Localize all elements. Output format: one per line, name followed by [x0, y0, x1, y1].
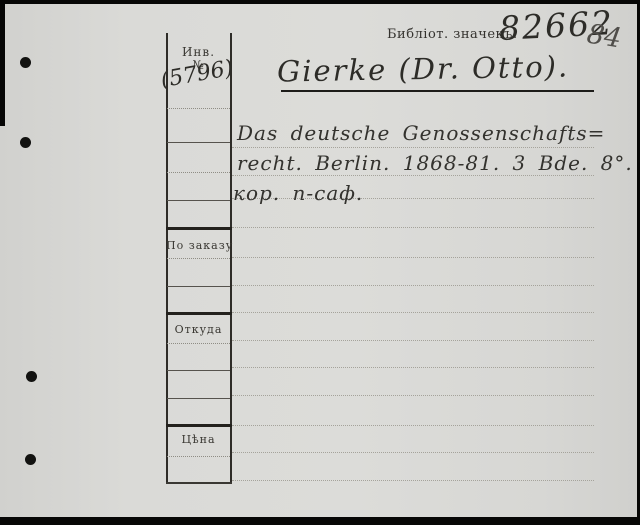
ruled-line	[232, 480, 594, 481]
ruled-line	[232, 340, 594, 341]
ruled-line	[167, 142, 230, 143]
section-label-po-zakazu: По заказу	[166, 239, 231, 252]
punch-hole-dot	[20, 137, 31, 148]
ruled-line	[232, 285, 594, 286]
ruled-line	[232, 312, 594, 313]
ruled-line	[232, 175, 594, 176]
author-entry: Gierke (Dr. Otto).	[277, 49, 570, 88]
ruled-line	[232, 147, 594, 148]
ruled-line	[232, 425, 594, 426]
ruled-line	[166, 424, 232, 427]
ruled-line	[232, 227, 594, 228]
author-underline	[281, 90, 594, 92]
ruled-line	[167, 398, 230, 399]
ruled-line	[167, 172, 230, 173]
ruled-line	[167, 456, 230, 457]
scanned-catalog-card: Библіот. значекъ: 82662 84 Инв. № По зак…	[0, 0, 640, 525]
corner-number-pencil: 84	[585, 19, 624, 55]
ruled-line	[167, 200, 230, 201]
ruled-line	[232, 257, 594, 258]
ruled-line	[166, 482, 232, 484]
section-label-tsena: Цѣна	[166, 433, 231, 446]
ruled-line	[166, 312, 232, 315]
ruled-line	[167, 108, 230, 109]
ruled-line	[232, 367, 594, 368]
ruled-line	[232, 452, 594, 453]
punch-hole-dot	[26, 371, 37, 382]
scan-edge-shadow	[0, 0, 5, 126]
ruled-line	[166, 227, 232, 230]
ruled-line	[167, 343, 230, 344]
ruled-line	[232, 395, 594, 396]
title-line: кор. п-саф.	[233, 181, 363, 205]
ruled-line	[167, 258, 230, 259]
punch-hole-dot	[25, 454, 36, 465]
ruled-line	[167, 370, 230, 371]
punch-hole-dot	[20, 57, 31, 68]
title-line: recht. Berlin. 1868-81. 3 Bde. 8°. Пер.	[237, 151, 640, 175]
ruled-line	[167, 286, 230, 287]
title-line: Das deutsche Genossenschafts=	[237, 121, 605, 145]
section-label-otkuda: Откуда	[166, 323, 231, 336]
column-vertical-rule	[230, 33, 232, 483]
